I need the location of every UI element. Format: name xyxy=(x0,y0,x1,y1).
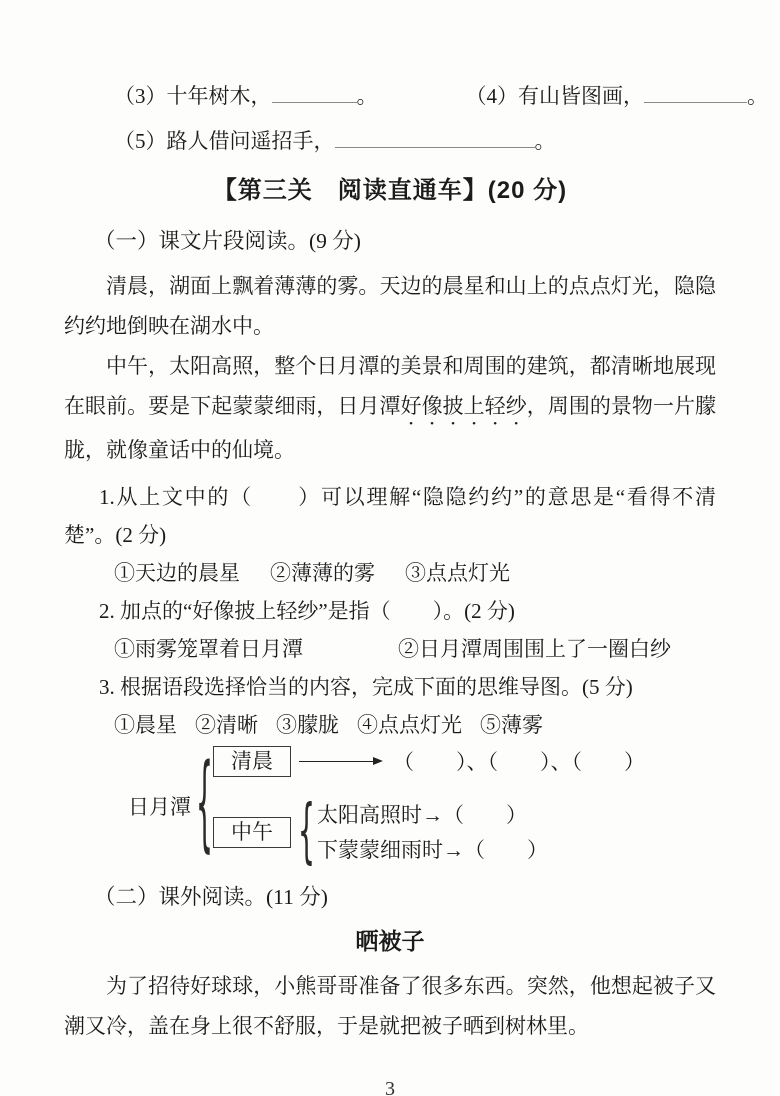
paragraph2-emphasized-phrase: 好像披上轻纱 xyxy=(401,394,527,418)
mindmap-root-label: 日月潭 xyxy=(128,791,191,821)
fillin-3-period: 。 xyxy=(357,84,378,108)
passage-paragraph-2: 中午，太阳高照，整个日月潭的美景和周围的建筑，都清晰地展现在眼前。要是下起蒙蒙细… xyxy=(64,346,716,470)
fillin-line-3-4: （3）十年树木，。（4）有山皆图画，。 xyxy=(64,74,716,119)
section-heading: 【第三关 阅读直通车】(20 分) xyxy=(64,176,716,206)
fillin-3-label: （3）十年树木， xyxy=(114,84,272,108)
question-1-options: ①天边的晨星 ②薄薄的雾 ③点点灯光 xyxy=(64,554,716,592)
mindmap-diagram: 日月潭 清晨 （ ）、（ ）、（ ） 中午 太阳高照时→（ ） 下蒙蒙细雨时→（… xyxy=(128,750,716,862)
passage2-paragraph-1: 为了招待好球球，小熊哥哥准备了很多东西。突然，他想起被子又潮又冷，盖在身上很不舒… xyxy=(64,966,716,1046)
mindmap-noon-branch: 中午 太阳高照时→（ ） 下蒙蒙细雨时→（ ） xyxy=(213,799,645,867)
mindmap-noon-cases: 太阳高照时→（ ） 下蒙蒙细雨时→（ ） xyxy=(317,799,548,867)
mindmap-noon-sunny-line: 太阳高照时→（ ） xyxy=(317,799,548,832)
part2-title: （二）课外阅读。(11 分) xyxy=(64,882,716,912)
passage2-title: 晒被子 xyxy=(64,926,716,956)
q1-option-1: ①天边的晨星 xyxy=(114,554,240,592)
page-number: 3 xyxy=(64,1078,716,1096)
right-arrow-icon xyxy=(299,757,383,765)
q2-option-2: ②日月潭周围围上了一圈白纱 xyxy=(398,630,671,668)
mindmap-noon-rainy-line: 下蒙蒙细雨时→（ ） xyxy=(317,834,548,867)
fillin-5-period: 。 xyxy=(535,129,556,153)
q3-option-2: ②清晰 xyxy=(195,706,258,744)
q2-option-1: ①雨雾笼罩着日月潭 xyxy=(114,630,303,668)
fillin-5-label: （5）路人借问遥招手， xyxy=(114,129,335,153)
fillin-3-blank xyxy=(272,83,357,103)
q3-option-3: ③朦胧 xyxy=(276,706,339,744)
left-brace-small-icon xyxy=(295,815,311,851)
left-brace-icon xyxy=(193,788,209,824)
question-1: 1.从上文中的（ ）可以理解“隐隐约约”的意思是“看得不清楚”。(2 分) xyxy=(64,478,716,554)
mindmap-noon-box: 中午 xyxy=(213,817,291,848)
q3-option-5: ⑤薄雾 xyxy=(480,706,543,744)
fillin-5-blank xyxy=(335,128,535,148)
question-3-options: ①晨星 ②清晰 ③朦胧 ④点点灯光 ⑤薄雾 xyxy=(64,706,716,744)
q3-option-4: ④点点灯光 xyxy=(357,706,462,744)
question-3: 3. 根据语段选择恰当的内容，完成下面的思维导图。(5 分) xyxy=(64,668,716,706)
mindmap-branches: 清晨 （ ）、（ ）、（ ） 中午 太阳高照时→（ ） 下蒙蒙细雨时→（ ） xyxy=(213,746,645,867)
part1-title: （一）课文片段阅读。(9 分) xyxy=(64,226,716,256)
fillin-4-label: （4）有山皆图画， xyxy=(466,84,645,108)
q3-option-1: ①晨星 xyxy=(114,706,177,744)
exam-page: （3）十年树木，。（4）有山皆图画，。 （5）路人借问遥招手，。 【第三关 阅读… xyxy=(0,0,780,1096)
fillin-4-period: 。 xyxy=(747,84,768,108)
mindmap-morning-branch: 清晨 （ ）、（ ）、（ ） xyxy=(213,746,645,777)
mindmap-morning-box: 清晨 xyxy=(213,746,291,777)
fillin-line-5: （5）路人借问遥招手，。 xyxy=(64,119,716,164)
q1-option-2: ②薄薄的雾 xyxy=(270,554,375,592)
question-2: 2. 加点的“好像披上轻纱”是指（ ）。(2 分) xyxy=(64,592,716,630)
passage-paragraph-1: 清晨，湖面上飘着薄薄的雾。天边的晨星和山上的点点灯光，隐隐约约地倒映在湖水中。 xyxy=(64,266,716,346)
q1-option-3: ③点点灯光 xyxy=(405,554,510,592)
mindmap-morning-blanks: （ ）、（ ）、（ ） xyxy=(393,746,645,776)
question-2-options: ①雨雾笼罩着日月潭 ②日月潭周围围上了一圈白纱 xyxy=(64,630,716,668)
fillin-4-blank xyxy=(644,83,747,103)
